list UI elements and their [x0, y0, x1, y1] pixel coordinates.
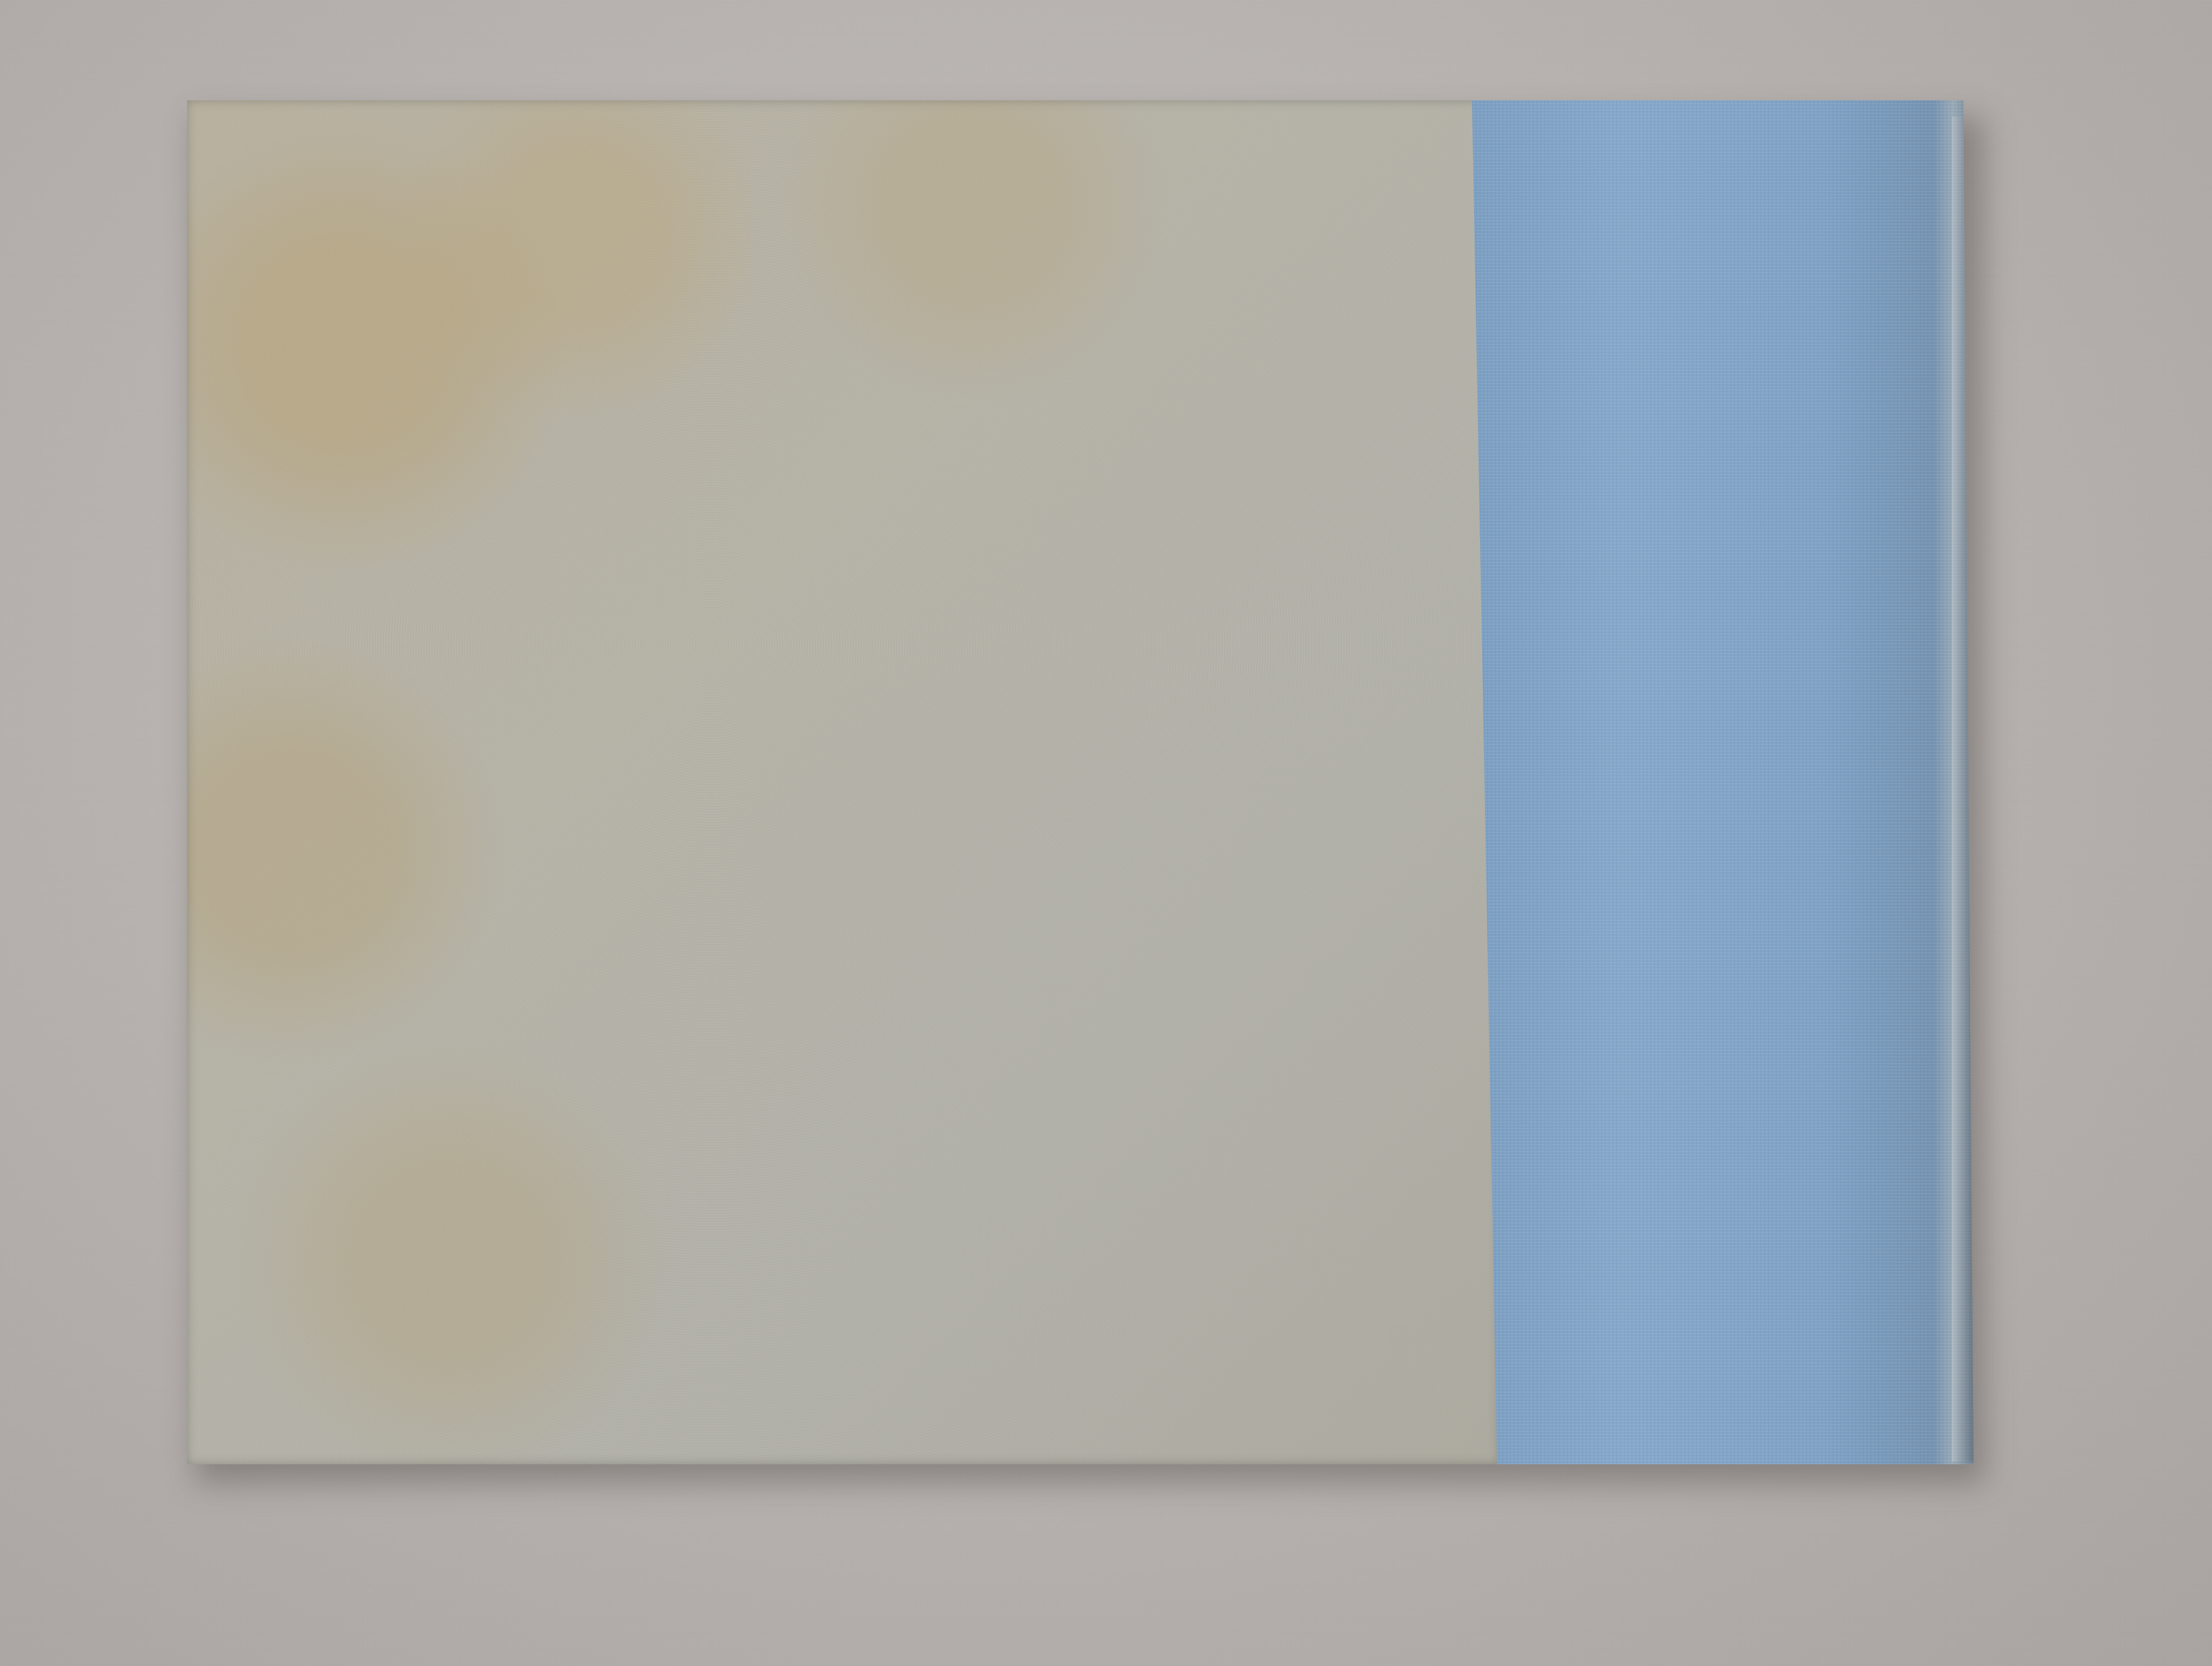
paper-covered-board — [187, 100, 1499, 1464]
blue-cloth-spine — [1472, 100, 1973, 1464]
book — [187, 100, 1973, 1464]
spine-edge — [1952, 117, 1973, 1462]
